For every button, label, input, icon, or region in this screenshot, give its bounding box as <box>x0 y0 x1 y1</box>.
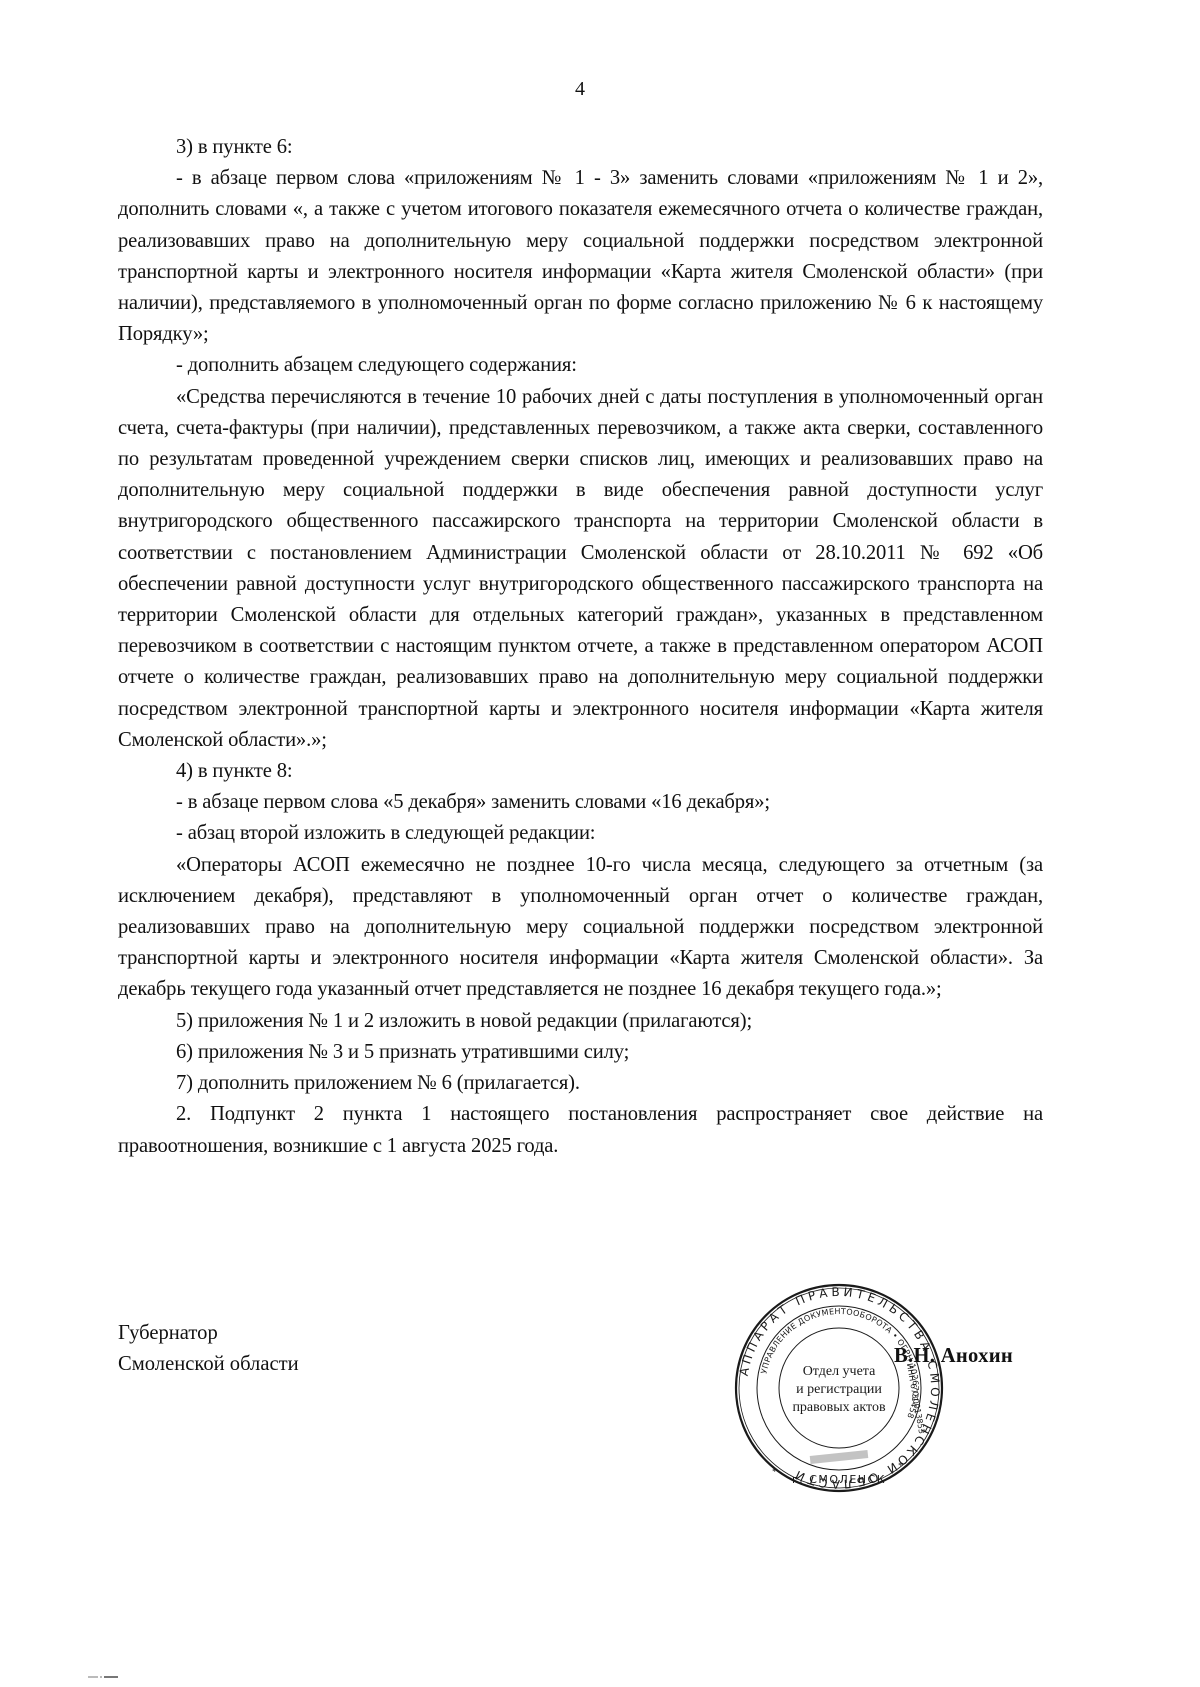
paragraph-funds-transfer: «Средства перечисляются в течение 10 раб… <box>118 382 1043 756</box>
paragraph-section-2: 2. Подпункт 2 пункта 1 настоящего постан… <box>118 1099 1043 1161</box>
seal-star-left-icon: * <box>772 1466 778 1478</box>
seal-star-right-icon: * <box>898 1460 904 1472</box>
official-seal-stamp: АППАРАТ ПРАВИТЕЛЬСТВА СМОЛЕНСКОЙ ОБЛАСТИ… <box>734 1283 944 1493</box>
document-body: 3) в пункте 6: - в абзаце первом слова «… <box>118 132 1043 1162</box>
paragraph-item-6: 6) приложения № 3 и 5 признать утративши… <box>118 1037 1043 1068</box>
seal-city-text: г. СМОЛЕНСК <box>792 1473 886 1486</box>
paragraph-item-5: 5) приложения № 1 и 2 изложить в новой р… <box>118 1006 1043 1037</box>
seal-center-line-2: и регистрации <box>796 1382 882 1397</box>
paragraph-item-7: 7) дополнить приложением № 6 (прилагаетс… <box>118 1068 1043 1099</box>
page-number: 4 <box>0 78 1160 101</box>
signatory-position: Губернатор Смоленской области <box>118 1318 299 1380</box>
paragraph-item-3-heading: 3) в пункте 6: <box>118 132 1043 163</box>
scan-artifact-mark <box>88 1676 118 1678</box>
document-page: 4 3) в пункте 6: - в абзаце первом слова… <box>0 0 1200 1687</box>
paragraph-item-4-heading: 4) в пункте 8: <box>118 756 1043 787</box>
signatory-title: Губернатор <box>118 1318 299 1349</box>
seal-inn-text: ИНН 6730013853 <box>905 1363 926 1435</box>
paragraph-second-abzac: - абзац второй изложить в следующей реда… <box>118 818 1043 849</box>
seal-center-line-3: правовых актов <box>792 1400 886 1415</box>
paragraph-amend-first-abzac: - в абзаце первом слова «приложениям № 1… <box>118 163 1043 350</box>
seal-smudge <box>810 1450 869 1464</box>
paragraph-asop-operators: «Операторы АСОП ежемесячно не позднее 10… <box>118 850 1043 1006</box>
paragraph-add-abzac: - дополнить абзацем следующего содержани… <box>118 350 1043 381</box>
seal-center-line-1: Отдел учета <box>803 1364 876 1379</box>
signatory-region: Смоленской области <box>118 1349 299 1380</box>
paragraph-replace-date: - в абзаце первом слова «5 декабря» заме… <box>118 787 1043 818</box>
